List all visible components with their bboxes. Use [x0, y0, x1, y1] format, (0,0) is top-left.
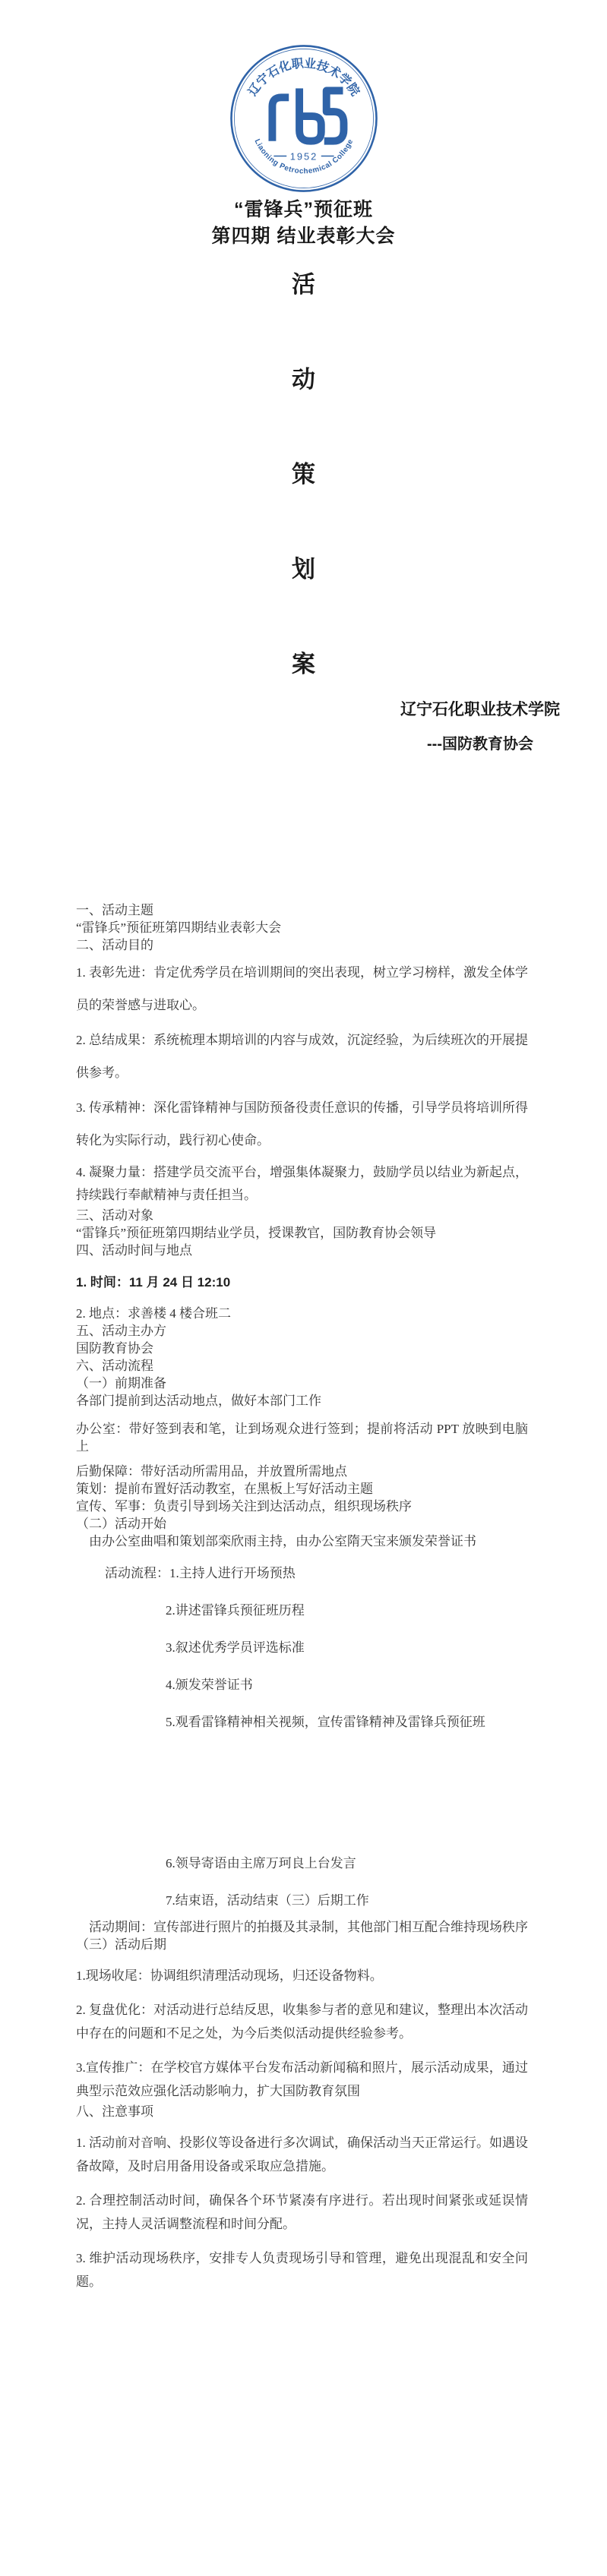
logo-year: 1952 — [289, 150, 318, 162]
vertical-title-char: 划 — [0, 557, 607, 582]
vertical-title-char: 策 — [0, 462, 607, 487]
body-line: 五、活动主办方 — [76, 1322, 528, 1340]
body-line: 1. 表彰先进：肯定优秀学员在培训期间的突出表现，树立学习榜样，激发全体学员的荣… — [76, 956, 528, 1021]
body-line: 八、注意事项 — [76, 2103, 528, 2120]
body-line: 1. 活动前对音响、投影仪等设备进行多次调试，确保活动当天正常运行。如遇设备故障… — [76, 2131, 528, 2178]
body-line: 3. 维护活动现场秩序，安排专人负责现场引导和管理，避免出现混乱和安全问题。 — [76, 2246, 528, 2293]
body-line: 六、活动流程 — [76, 1357, 528, 1375]
document-body: 一、活动主题“雷锋兵”预征班第四期结业表彰大会二、活动目的1. 表彰先进：肯定优… — [76, 901, 528, 2293]
body-line: 二、活动目的 — [76, 936, 528, 954]
vertical-title: 活动策划案 — [0, 273, 607, 677]
body-line: 4.颁发荣誉证书 — [76, 1675, 528, 1695]
body-line: 2. 复盘优化：对活动进行总结反思，收集参与者的意见和建议，整理出本次活动中存在… — [76, 1998, 528, 2045]
body-line: （三）活动后期 — [76, 1936, 528, 1953]
body-line: （一）前期准备 — [76, 1375, 528, 1392]
college-logo: 辽宁石化职业技术学院 1952 Liaoning Petrochemical C… — [229, 43, 379, 194]
body-line: 2. 合理控制活动时间，确保各个环节紧凑有序进行。若出现时间紧张或延误情况，主持… — [76, 2189, 528, 2236]
signature-association: ---国防教育协会 — [0, 731, 607, 753]
body-line: 后勤保障：带好活动所需用品，并放置所需地点 — [76, 1463, 528, 1480]
document-page: 辽宁石化职业技术学院 1952 Liaoning Petrochemical C… — [0, 0, 607, 2576]
body-line: 7.结束语，活动结束（三）后期工作 — [76, 1891, 528, 1911]
document-header: 辽宁石化职业技术学院 1952 Liaoning Petrochemical C… — [0, 43, 607, 753]
body-line: （二）活动开始 — [76, 1515, 528, 1533]
body-line: 四、活动时间与地点 — [76, 1242, 528, 1259]
vertical-title-char: 案 — [0, 652, 607, 677]
body-line: 策划：提前布置好活动教室，在黑板上写好活动主题 — [76, 1480, 528, 1498]
body-line: 1. 时间：11 月 24 日 12:10 — [76, 1271, 528, 1294]
body-line: 由办公室曲唱和策划部栾欣雨主持，由办公室隋天宝来颁发荣誉证书 — [76, 1533, 528, 1550]
body-line: 1.现场收尾：协调组织清理活动现场，归还设备物料。 — [76, 1964, 528, 1987]
body-line: 3. 传承精神：深化雷锋精神与国防预备役责任意识的传播，引导学员将培训所得转化为… — [76, 1091, 528, 1157]
body-line: 活动期间：宣传部进行照片的拍摄及其录制，其他部门相互配合维持现场秩序 — [76, 1918, 528, 1936]
body-line: 各部门提前到达活动地点，做好本部门工作 — [76, 1392, 528, 1410]
body-line: 6.领导寄语由主席万珂良上台发言 — [76, 1854, 528, 1874]
body-line: 2. 总结成果：系统梳理本期培训的内容与成效，沉淀经验，为后续班次的开展提供参考… — [76, 1024, 528, 1089]
vertical-title-char: 动 — [0, 368, 607, 392]
body-line: 2.讲述雷锋兵预征班历程 — [76, 1601, 528, 1621]
body-line: 三、活动对象 — [76, 1207, 528, 1224]
doc-title-line2: 第四期 结业表彰大会 — [0, 223, 607, 250]
vertical-title-char: 活 — [0, 273, 607, 297]
body-line: 4. 凝聚力量：搭建学员交流平台，增强集体凝聚力，鼓励学员以结业为新起点，持续践… — [76, 1161, 528, 1207]
body-line: 3.宣传推广：在学校官方媒体平台发布活动新闻稿和照片，展示活动成果，通过典型示范… — [76, 2056, 528, 2103]
body-line: 办公室：带好签到表和笔，让到场观众进行签到；提前将活动 PPT 放映到电脑上 — [76, 1420, 528, 1455]
body-line: 国防教育协会 — [76, 1340, 528, 1357]
body-line: 活动流程：1.主持人进行开场预热 — [76, 1564, 528, 1583]
body-line: 宣传、军事：负责引导到场关注到达活动点，组织现场秩序 — [76, 1498, 528, 1515]
body-line: “雷锋兵”预征班第四期结业表彰大会 — [76, 919, 528, 936]
body-line: 5.观看雷锋精神相关视频，宣传雷锋精神及雷锋兵预征班 — [76, 1713, 528, 1732]
body-line: 3.叙述优秀学员评选标准 — [76, 1638, 528, 1658]
body-line: 一、活动主题 — [76, 901, 528, 919]
body-line: “雷锋兵”预征班第四期结业学员，授课教官，国防教育协会领导 — [76, 1224, 528, 1242]
signature-college: 辽宁石化职业技术学院 — [0, 697, 607, 720]
body-line: 2. 地点：求善楼 4 楼合班二 — [76, 1305, 528, 1322]
logo-monogram — [272, 88, 343, 140]
doc-title-line1: “雷锋兵”预征班 — [0, 197, 607, 223]
